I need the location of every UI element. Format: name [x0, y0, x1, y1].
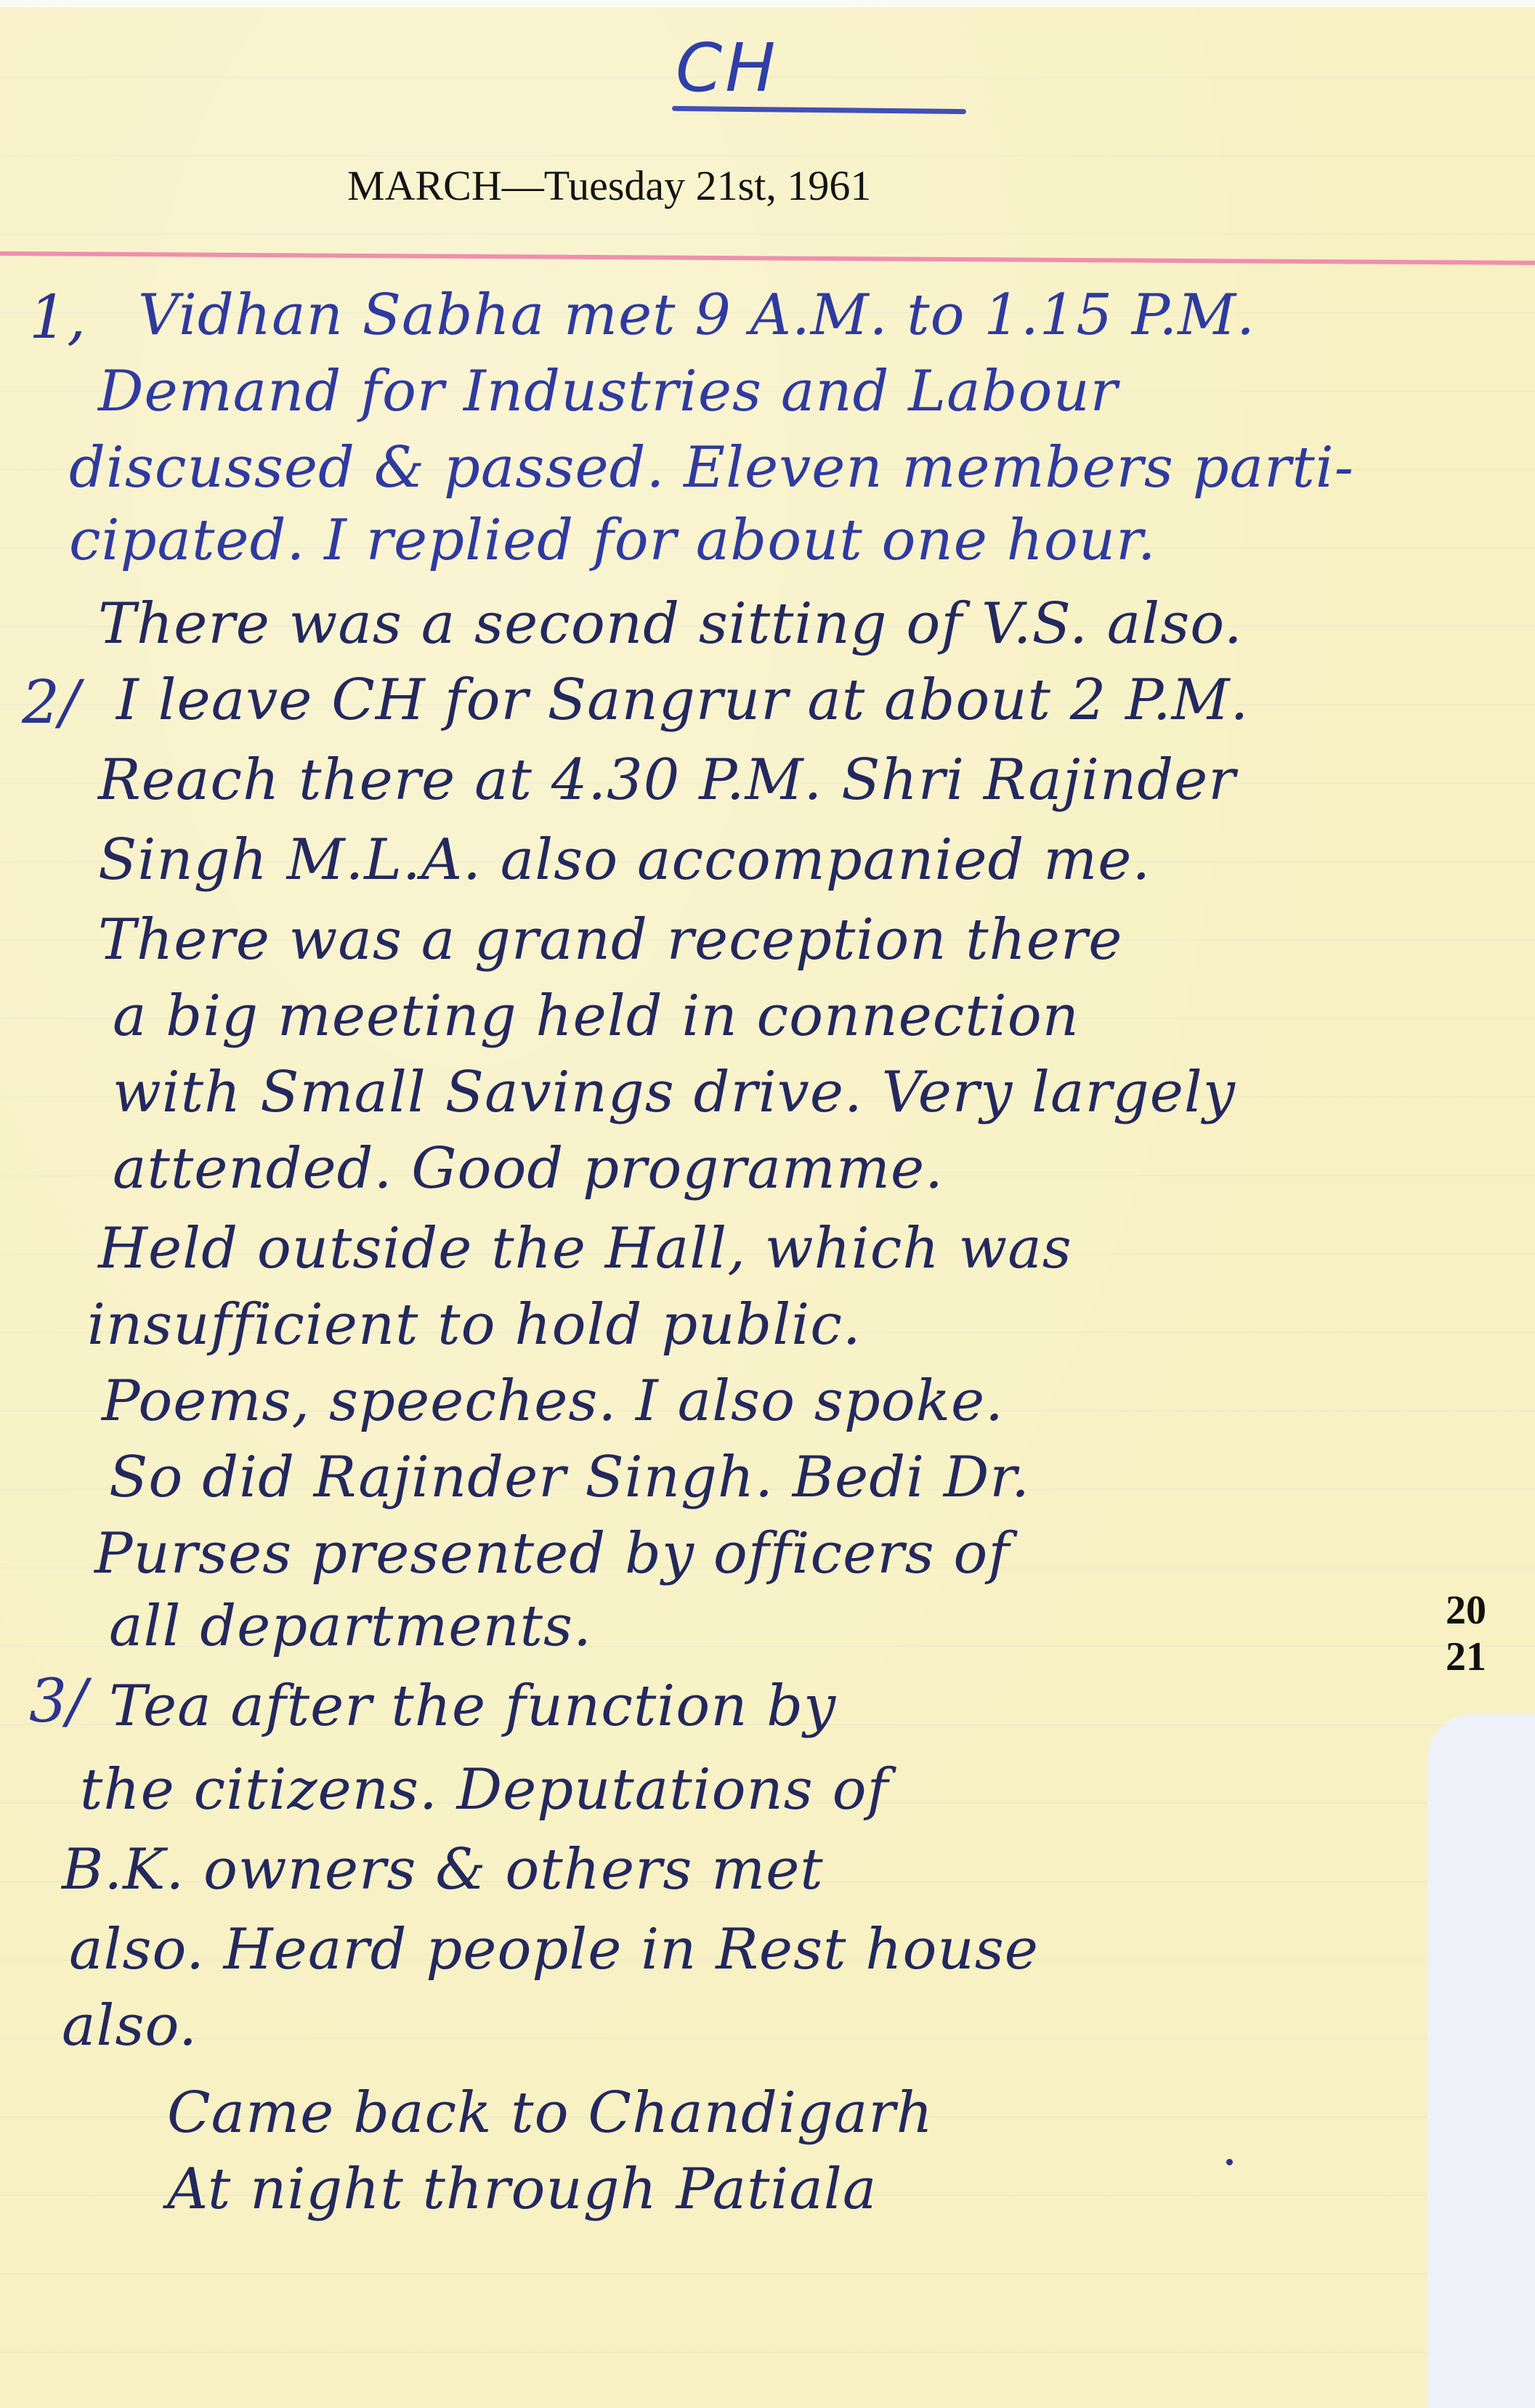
- entry-2-line-11: So did Rajinder Singh. Bedi Dr.: [109, 1449, 1030, 1506]
- header-rule-line: [0, 251, 1535, 265]
- entry-number-1: 1,: [29, 283, 86, 352]
- page-tab-notch: [1427, 1714, 1535, 2408]
- entry-2-line-13: all departments.: [109, 1598, 592, 1655]
- entry-number-2: 2/: [22, 668, 80, 737]
- entry-2-line-6: with Small Savings drive. Very largely: [113, 1064, 1236, 1121]
- entry-1-line-5: There was a second sitting of V.S. also.: [98, 596, 1243, 652]
- entry-3-line-2: the citizens. Deputations of: [80, 1762, 888, 1818]
- tab-number-21: 21: [1446, 1634, 1486, 1680]
- printed-date-header: MARCH—Tuesday 21st, 1961: [347, 161, 871, 210]
- diary-page: CH MARCH—Tuesday 21st, 1961 1, Vidhan Sa…: [0, 0, 1535, 2408]
- entry-2-line-12: Purses presented by officers of: [94, 1525, 1010, 1582]
- entry-1-line-4: cipated. I replied for about one hour.: [69, 512, 1157, 569]
- entry-2-line-3: Singh M.L.A. also accompanied me.: [98, 832, 1151, 888]
- entry-2-line-10: Poems, speeches. I also spoke.: [102, 1373, 1004, 1430]
- entry-3-line-7: At night through Patiala: [167, 2161, 877, 2218]
- page-top-edge: [0, 0, 1535, 7]
- entry-2-line-1: I leave CH for Sangrur at about 2 P.M.: [116, 672, 1249, 729]
- entry-2-line-2: Reach there at 4.30 P.M. Shri Rajinder: [98, 752, 1236, 808]
- entry-1-line-3: discussed & passed. Eleven members parti…: [69, 439, 1354, 496]
- entry-3-line-6: Came back to Chandigarh: [167, 2085, 933, 2141]
- place-code-underline: [672, 106, 966, 114]
- ink-dot: [1226, 2159, 1233, 2165]
- entry-2-line-8: Held outside the Hall, which was: [98, 1220, 1072, 1277]
- place-code-heading: CH: [676, 29, 778, 107]
- tab-number-20: 20: [1446, 1587, 1486, 1634]
- entry-3-line-4: also. Heard people in Rest house: [69, 1921, 1039, 1978]
- entry-1-line-2: Demand for Industries and Labour: [98, 363, 1118, 420]
- entry-3-line-5: also.: [62, 1998, 198, 2054]
- entry-2-line-9: insufficient to hold public.: [87, 1297, 862, 1353]
- entry-2-line-7: attended. Good programme.: [113, 1140, 944, 1197]
- entry-1-line-1: Vidhan Sabha met 9 A.M. to 1.15 P.M.: [138, 287, 1255, 344]
- entry-2-line-4: There was a grand reception there: [98, 912, 1122, 968]
- entry-3-line-3: B.K. owners & others met: [62, 1841, 824, 1898]
- entry-3-line-1: Tea after the function by: [109, 1678, 836, 1735]
- entry-2-line-5: a big meeting held in connection: [113, 988, 1080, 1045]
- page-tab-numbers: 20 21: [1446, 1587, 1486, 1680]
- entry-number-3: 3/: [29, 1667, 87, 1736]
